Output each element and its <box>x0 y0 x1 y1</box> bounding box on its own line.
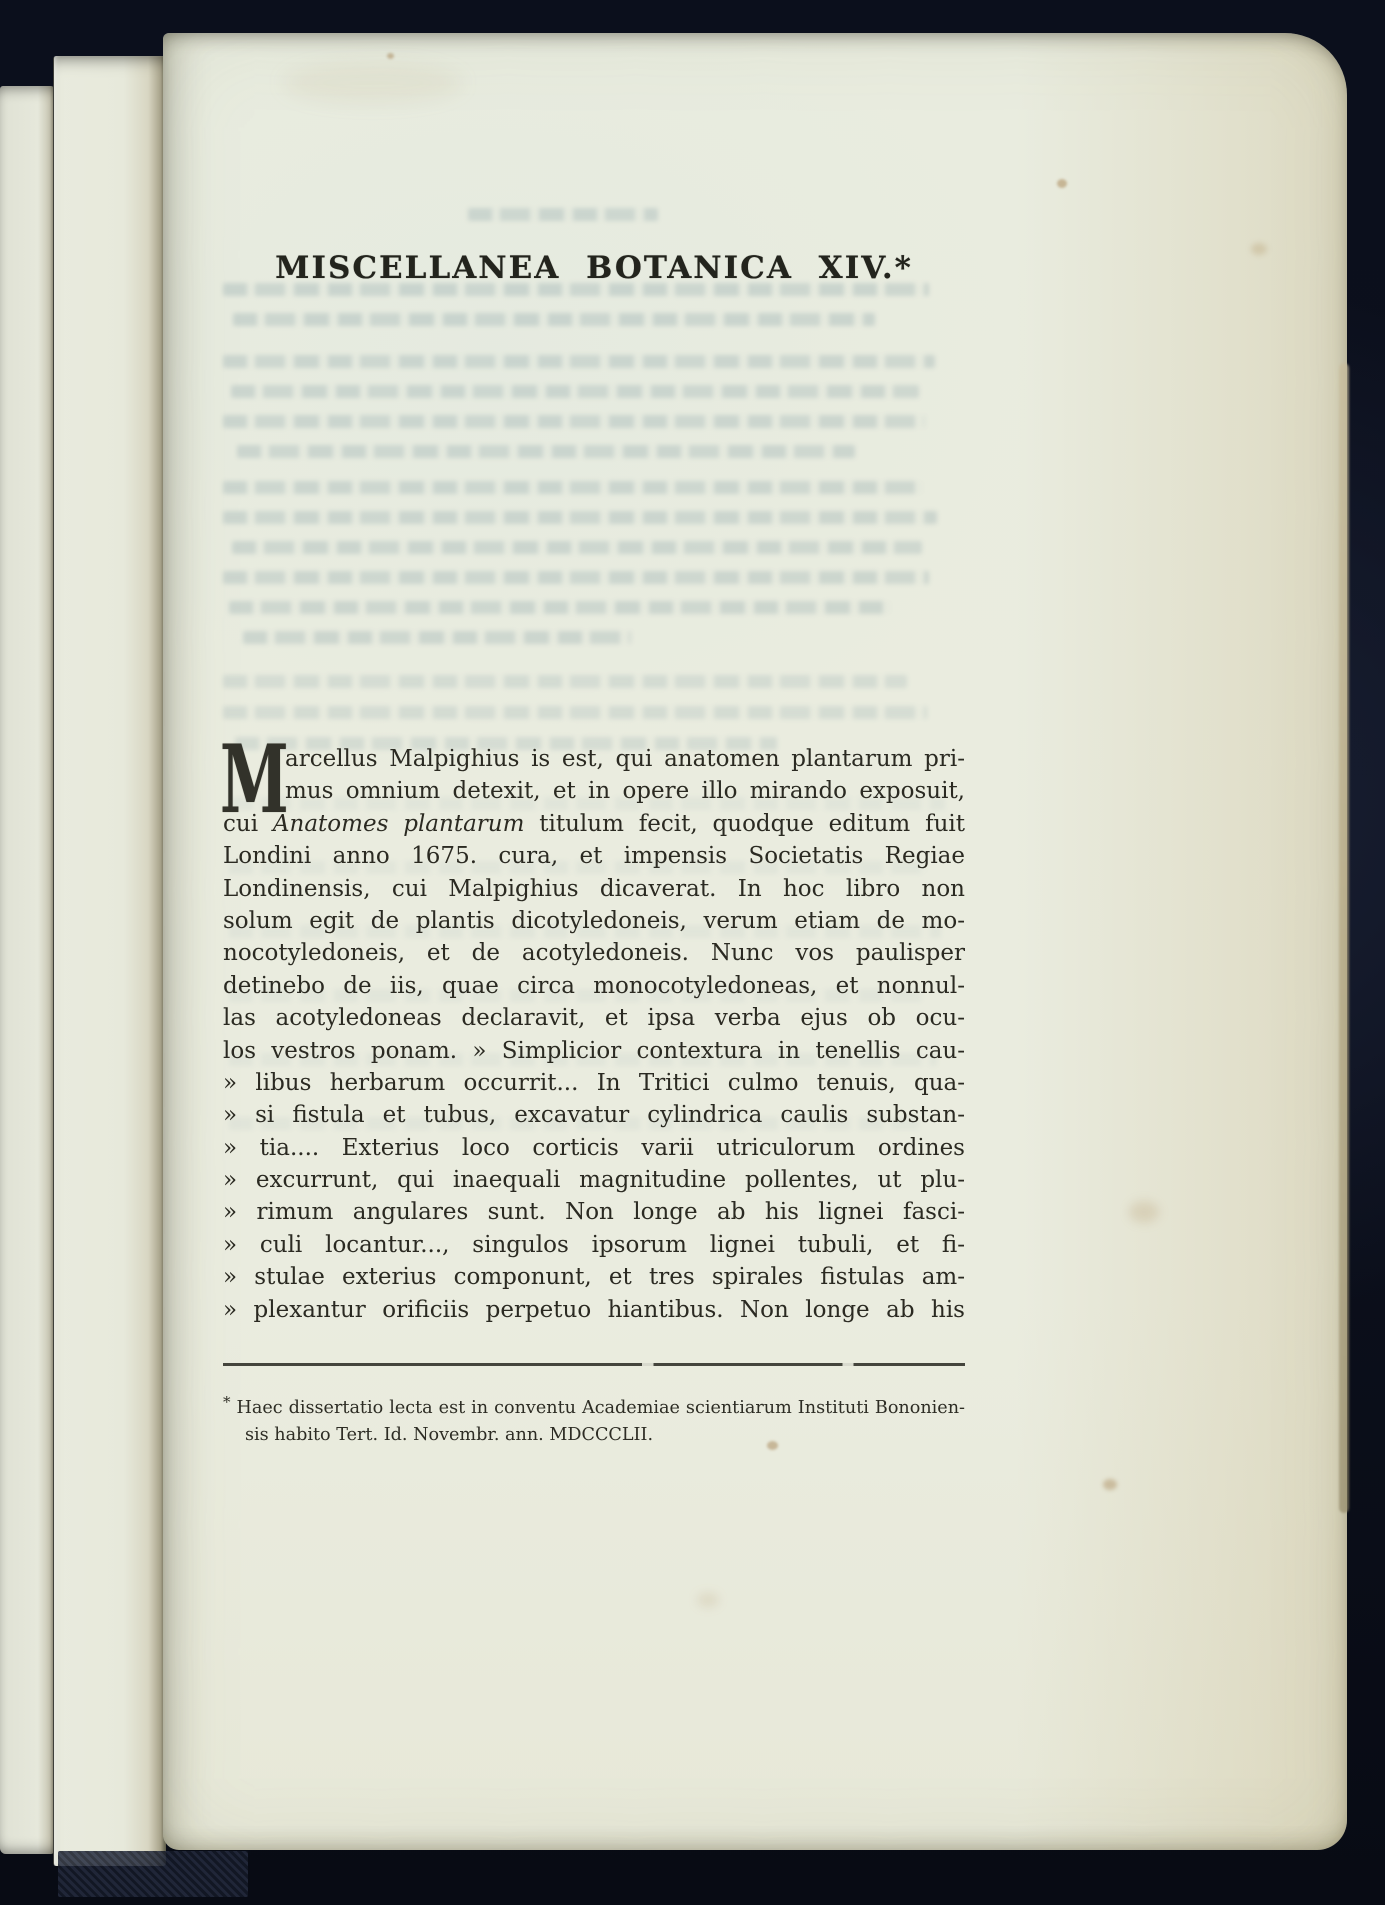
foxing-spot <box>1103 1479 1117 1490</box>
text-line: solum egit de plantis dicotyledoneis, ve… <box>223 905 965 937</box>
foxing-spot <box>387 53 394 59</box>
text-line: » stulae exterius componunt, et tres spi… <box>223 1261 965 1293</box>
text-line: nocotyledoneis, et de acotyledoneis. Nun… <box>223 937 965 969</box>
text-line: cui Anatomes plantarum titulum fecit, qu… <box>223 808 965 840</box>
page-edge-stack-inner <box>53 56 166 1866</box>
text-line: arcellus Malpighius is est, qui anatomen… <box>223 743 965 775</box>
page-edge-stack-outer <box>0 86 54 1854</box>
text-line: » si fistula et tubus, excavatur cylindr… <box>223 1099 965 1131</box>
footnote-line: *Haec dissertatio lecta est in conventu … <box>223 1389 965 1422</box>
book-cover-cloth <box>58 1851 248 1897</box>
footnote-text: Haec dissertatio lecta est in conventu A… <box>237 1398 966 1418</box>
bleedthrough-text <box>223 675 927 750</box>
foxing-spot <box>1057 179 1067 188</box>
foxing-spot <box>283 63 463 103</box>
text-line: Londini anno 1675. cura, et impensis Soc… <box>223 840 965 872</box>
book-scan-photo: MISCELLANEA BOTANICA XIV.* M arcellus Ma… <box>0 0 1385 1905</box>
text-line: Londinensis, cui Malpighius dicaverat. I… <box>223 873 965 905</box>
text-line: » plexantur orificiis perpetuo hiantibus… <box>223 1294 965 1326</box>
footnote: *Haec dissertatio lecta est in conventu … <box>223 1389 965 1449</box>
text-line: » tia.... Exterius loco corticis varii u… <box>223 1132 965 1164</box>
footnote-rule <box>223 1363 965 1366</box>
footnote-marker: * <box>223 1393 237 1411</box>
scanned-page: MISCELLANEA BOTANICA XIV.* M arcellus Ma… <box>163 33 1347 1850</box>
bleedthrough-text <box>223 481 937 644</box>
text-line: las acotyledoneas declaravit, et ipsa ve… <box>223 1002 965 1034</box>
text-line: » excurrunt, qui inaequali magnitudine p… <box>223 1164 965 1196</box>
text-line: mus omnium detexit, et in opere illo mir… <box>223 775 965 807</box>
foxing-spot <box>1129 1201 1159 1223</box>
text-line: detinebo de iis, quae circa monocotyledo… <box>223 970 965 1002</box>
text-line: los vestros ponam. » Simplicior contextu… <box>223 1035 965 1067</box>
bleedthrough-text <box>223 283 929 326</box>
foxing-spot <box>1251 243 1267 255</box>
page-title: MISCELLANEA BOTANICA XIV.* <box>223 250 965 286</box>
text-line: » rimum angulares sunt. Non longe ab his… <box>223 1196 965 1228</box>
footnote-line: sis habito Tert. Id. Novembr. ann. MDCCC… <box>223 1422 965 1449</box>
foxing-spot <box>697 1593 719 1607</box>
body-paragraph: M arcellus Malpighius is est, qui anatom… <box>223 743 965 1326</box>
page-fore-edge <box>1339 363 1349 1513</box>
paragraph-lines: arcellus Malpighius is est, qui anatomen… <box>223 743 965 1326</box>
text-line: » libus herbarum occurrit... In Tritici … <box>223 1067 965 1099</box>
bleedthrough-text <box>223 355 935 458</box>
text-line: » culi locantur..., singulos ipsorum lig… <box>223 1229 965 1261</box>
bleedthrough-text <box>468 208 658 221</box>
